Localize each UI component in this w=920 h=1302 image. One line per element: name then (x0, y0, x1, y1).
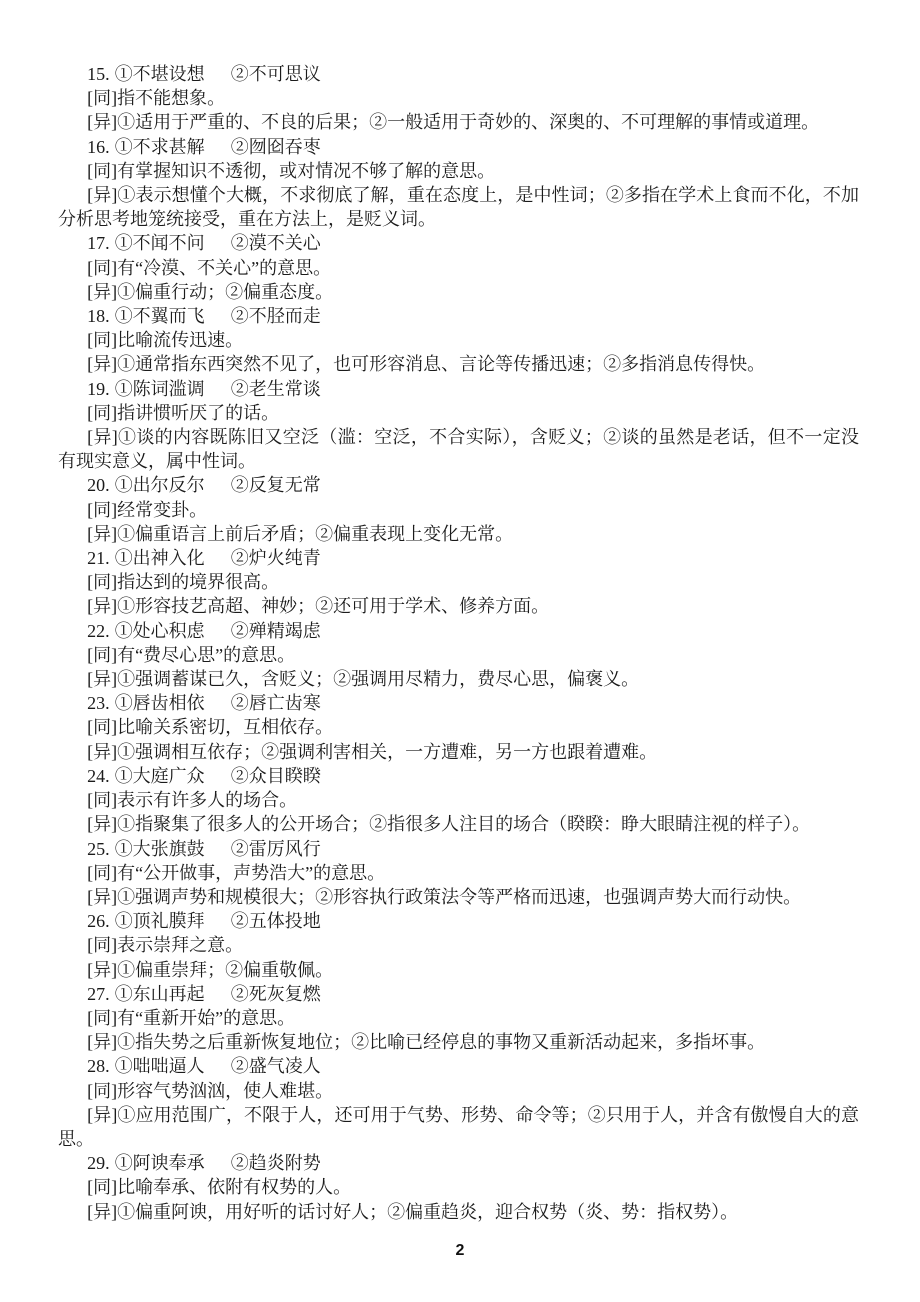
entry-same-line: [同]表示有许多人的场合。 (58, 788, 859, 812)
entry-idiom-2: ②不可思议 (231, 64, 321, 84)
entry-idiom-1: ①不翼而飞 (115, 306, 205, 326)
entry-idioms-line: 29.①阿谀奉承②趋炎附势 (58, 1151, 859, 1175)
entry-number: 29. (87, 1153, 110, 1173)
entry-diff-line: [异]①表示想懂个大概，不求彻底了解，重在态度上，是中性词；②多指在学术上食而不… (58, 183, 859, 231)
diff-label: [异] (87, 669, 117, 689)
entry-same-text: 指达到的境界很高。 (117, 572, 279, 592)
entry-idiom-1: ①大庭广众 (115, 766, 205, 786)
same-label: [同] (87, 935, 117, 955)
entry-diff-line: [异]①适用于严重的、不良的后果；②一般适用于奇妙的、深奥的、不可理解的事情或道… (58, 110, 859, 134)
diff-label: [异] (87, 112, 117, 132)
entry-same-text: 比喻奉承、依附有权势的人。 (117, 1177, 351, 1197)
same-label: [同] (87, 1008, 117, 1028)
entry-diff-text: ①表示想懂个大概，不求彻底了解，重在态度上，是中性词；②多指在学术上食而不化，不… (58, 185, 859, 229)
entry-same-text: 有“费尽心思”的意思。 (117, 645, 295, 665)
entry-diff-text: ①谈的内容既陈旧又空泛（滥：空泛，不合实际），含贬义；②谈的虽然是老话，但不一定… (58, 427, 859, 471)
entry-same-line: [同]比喻奉承、依附有权势的人。 (58, 1175, 859, 1199)
entry-idiom-1: ①阿谀奉承 (115, 1153, 205, 1173)
entry: 26.①顶礼膜拜②五体投地 [同]表示崇拜之意。 [异]①偏重崇拜；②偏重敬佩。 (58, 909, 859, 982)
entry-diff-line: [异]①通常指东西突然不见了，也可形容消息、言论等传播迅速；②多指消息传得快。 (58, 352, 859, 376)
entry-idiom-1: ①不闻不问 (115, 233, 205, 253)
same-label: [同] (87, 572, 117, 592)
entry: 25.①大张旗鼓②雷厉风行 [同]有“公开做事，声势浩大”的意思。 [异]①强调… (58, 837, 859, 910)
entry-same-line: [同]有“公开做事，声势浩大”的意思。 (58, 861, 859, 885)
entry-diff-text: ①偏重阿谀，用好听的话讨好人；②偏重趋炎，迎合权势（炎、势：指权势）。 (117, 1202, 738, 1222)
entry: 24.①大庭广众②众目睽睽 [同]表示有许多人的场合。 [异]①指聚集了很多人的… (58, 764, 859, 837)
entry-idiom-2: ②漠不关心 (231, 233, 321, 253)
entry-number: 19. (87, 379, 110, 399)
entry-same-line: [同]有“费尽心思”的意思。 (58, 643, 859, 667)
entry-idiom-1: ①出神入化 (115, 548, 205, 568)
entry-same-line: [同]有“冷漠、不关心”的意思。 (58, 256, 859, 280)
entry-number: 20. (87, 475, 110, 495)
entry-idiom-1: ①出尔反尔 (115, 475, 205, 495)
entry-idioms-line: 26.①顶礼膜拜②五体投地 (58, 909, 859, 933)
entry-idiom-1: ①不求甚解 (115, 137, 205, 157)
entry-diff-line: [异]①偏重行动；②偏重态度。 (58, 280, 859, 304)
entry-number: 24. (87, 766, 110, 786)
diff-label: [异] (87, 354, 117, 374)
entry-diff-line: [异]①强调声势和规模很大；②形容执行政策法令等严格而迅速，也强调声势大而行动快… (58, 885, 859, 909)
entry-number: 22. (87, 621, 110, 641)
entry-number: 16. (87, 137, 110, 157)
entry-same-line: [同]比喻流传迅速。 (58, 328, 859, 352)
entry-idioms-line: 19.①陈词滥调②老生常谈 (58, 377, 859, 401)
entry-number: 15. (87, 64, 110, 84)
entry-same-text: 比喻流传迅速。 (117, 330, 243, 350)
same-label: [同] (87, 500, 117, 520)
entry-idioms-line: 16.①不求甚解②囫囵吞枣 (58, 135, 859, 159)
diff-label: [异] (87, 427, 118, 447)
entry-diff-line: [异]①强调相互依存；②强调利害相关，一方遭难，另一方也跟着遭难。 (58, 740, 859, 764)
entry-idiom-2: ②五体投地 (231, 911, 321, 931)
entry-number: 28. (87, 1056, 110, 1076)
entry-idioms-line: 17.①不闻不问②漠不关心 (58, 231, 859, 255)
entry-same-text: 指不能想象。 (117, 88, 225, 108)
entry-diff-line: [异]①指聚集了很多人的公开场合；②指很多人注目的场合（睽睽：睁大眼睛注视的样子… (58, 812, 859, 836)
entry-idioms-line: 18.①不翼而飞②不胫而走 (58, 304, 859, 328)
entry-idiom-1: ①不堪设想 (115, 64, 205, 84)
entry-idiom-2: ②众目睽睽 (231, 766, 321, 786)
entry: 27.①东山再起②死灰复燃 [同]有“重新开始”的意思。 [异]①指失势之后重新… (58, 982, 859, 1055)
same-label: [同] (87, 1081, 117, 1101)
entry-diff-text: ①强调相互依存；②强调利害相关，一方遭难，另一方也跟着遭难。 (117, 742, 657, 762)
entry-idioms-line: 27.①东山再起②死灰复燃 (58, 982, 859, 1006)
entry: 29.①阿谀奉承②趋炎附势 [同]比喻奉承、依附有权势的人。 [异]①偏重阿谀，… (58, 1151, 859, 1224)
entry-diff-line: [异]①偏重语言上前后矛盾；②偏重表现上变化无常。 (58, 522, 859, 546)
entry-idiom-2: ②唇亡齿寒 (231, 693, 321, 713)
entry-idiom-2: ②炉火纯青 (231, 548, 321, 568)
diff-label: [异] (87, 887, 117, 907)
entry-number: 27. (87, 984, 110, 1004)
entry-same-text: 形容气势汹汹，使人难堪。 (117, 1081, 333, 1101)
entry: 20.①出尔反尔②反复无常 [同]经常变卦。 [异]①偏重语言上前后矛盾；②偏重… (58, 473, 859, 546)
entry-diff-line: [异]①偏重崇拜；②偏重敬佩。 (58, 958, 859, 982)
entry-number: 18. (87, 306, 110, 326)
entry-same-text: 有掌握知识不透彻，或对情况不够了解的意思。 (117, 161, 495, 181)
same-label: [同] (87, 863, 117, 883)
entry-diff-text: ①偏重语言上前后矛盾；②偏重表现上变化无常。 (117, 524, 513, 544)
entry: 23.①唇齿相依②唇亡齿寒 [同]比喻关系密切，互相依存。 [异]①强调相互依存… (58, 691, 859, 764)
entry-diff-text: ①形容技艺高超、神妙；②还可用于学术、修养方面。 (117, 596, 549, 616)
entry-idiom-2: ②趋炎附势 (231, 1153, 321, 1173)
same-label: [同] (87, 403, 117, 423)
entry-diff-text: ①指聚集了很多人的公开场合；②指很多人注目的场合（睽睽：睁大眼睛注视的样子）。 (117, 814, 810, 834)
entry-idiom-1: ①唇齿相依 (115, 693, 205, 713)
same-label: [同] (87, 330, 117, 350)
entry-same-line: [同]指讲惯听厌了的话。 (58, 401, 859, 425)
entries: 15.①不堪设想②不可思议 [同]指不能想象。 [异]①适用于严重的、不良的后果… (58, 62, 859, 1224)
entry-idiom-2: ②老生常谈 (231, 379, 321, 399)
entry-diff-line: [异]①谈的内容既陈旧又空泛（滥：空泛，不合实际），含贬义；②谈的虽然是老话，但… (58, 425, 859, 473)
entry-same-text: 有“冷漠、不关心”的意思。 (117, 258, 331, 278)
entry-same-line: [同]比喻关系密切，互相依存。 (58, 715, 859, 739)
entry-number: 26. (87, 911, 110, 931)
entry-same-line: [同]形容气势汹汹，使人难堪。 (58, 1079, 859, 1103)
entry-idiom-1: ①顶礼膜拜 (115, 911, 205, 931)
entry-number: 21. (87, 548, 110, 568)
entry-same-text: 有“公开做事，声势浩大”的意思。 (117, 863, 385, 883)
entry-idiom-2: ②盛气凌人 (231, 1056, 321, 1076)
diff-label: [异] (87, 960, 117, 980)
entry-idiom-1: ①大张旗鼓 (115, 839, 205, 859)
entry-same-text: 表示崇拜之意。 (117, 935, 243, 955)
entry-number: 25. (87, 839, 110, 859)
entry-idioms-line: 24.①大庭广众②众目睽睽 (58, 764, 859, 788)
diff-label: [异] (87, 1032, 117, 1052)
entry-same-text: 有“重新开始”的意思。 (117, 1008, 295, 1028)
entry: 15.①不堪设想②不可思议 [同]指不能想象。 [异]①适用于严重的、不良的后果… (58, 62, 859, 135)
entry-diff-text: ①适用于严重的、不良的后果；②一般适用于奇妙的、深奥的、不可理解的事情或道理。 (117, 112, 819, 132)
entry: 18.①不翼而飞②不胫而走 [同]比喻流传迅速。 [异]①通常指东西突然不见了，… (58, 304, 859, 377)
entry-diff-text: ①通常指东西突然不见了，也可形容消息、言论等传播迅速；②多指消息传得快。 (117, 354, 765, 374)
entry-same-line: [同]有掌握知识不透彻，或对情况不够了解的意思。 (58, 159, 859, 183)
entry-idioms-line: 15.①不堪设想②不可思议 (58, 62, 859, 86)
entry-diff-line: [异]①应用范围广，不限于人，还可用于气势、形势、命令等；②只用于人，并含有傲慢… (58, 1103, 859, 1151)
entry-idioms-line: 25.①大张旗鼓②雷厉风行 (58, 837, 859, 861)
same-label: [同] (87, 645, 117, 665)
same-label: [同] (87, 88, 117, 108)
entry-same-line: [同]表示崇拜之意。 (58, 933, 859, 957)
entry-idioms-line: 23.①唇齿相依②唇亡齿寒 (58, 691, 859, 715)
document-page: 15.①不堪设想②不可思议 [同]指不能想象。 [异]①适用于严重的、不良的后果… (58, 62, 859, 1224)
entry: 19.①陈词滥调②老生常谈 [同]指讲惯听厌了的话。 [异]①谈的内容既陈旧又空… (58, 377, 859, 474)
same-label: [同] (87, 161, 117, 181)
entry-number: 23. (87, 693, 110, 713)
entry-idioms-line: 20.①出尔反尔②反复无常 (58, 473, 859, 497)
page-footer: 2 (0, 1242, 920, 1260)
entry-diff-text: ①应用范围广，不限于人，还可用于气势、形势、命令等；②只用于人，并含有傲慢自大的… (58, 1105, 859, 1149)
same-label: [同] (87, 717, 117, 737)
diff-label: [异] (87, 742, 117, 762)
entry: 16.①不求甚解②囫囵吞枣 [同]有掌握知识不透彻，或对情况不够了解的意思。 [… (58, 135, 859, 232)
diff-label: [异] (87, 282, 117, 302)
entry-idiom-2: ②殚精竭虑 (231, 621, 321, 641)
entry-same-line: [同]指不能想象。 (58, 86, 859, 110)
diff-label: [异] (87, 596, 117, 616)
entry-same-line: [同]指达到的境界很高。 (58, 570, 859, 594)
entry-idioms-line: 28.①咄咄逼人②盛气凌人 (58, 1054, 859, 1078)
entry-idiom-2: ②反复无常 (231, 475, 321, 495)
entry-same-line: [同]有“重新开始”的意思。 (58, 1006, 859, 1030)
entry-diff-line: [异]①偏重阿谀，用好听的话讨好人；②偏重趋炎，迎合权势（炎、势：指权势）。 (58, 1200, 859, 1224)
entry-diff-line: [异]①强调蓄谋已久，含贬义；②强调用尽精力，费尽心思，偏褒义。 (58, 667, 859, 691)
diff-label: [异] (87, 185, 117, 205)
entry-diff-text: ①强调蓄谋已久，含贬义；②强调用尽精力，费尽心思，偏褒义。 (117, 669, 639, 689)
entry-same-text: 经常变卦。 (117, 500, 207, 520)
entry: 21.①出神入化②炉火纯青 [同]指达到的境界很高。 [异]①形容技艺高超、神妙… (58, 546, 859, 619)
page-number: 2 (456, 1242, 465, 1259)
same-label: [同] (87, 258, 117, 278)
entry-diff-line: [异]①形容技艺高超、神妙；②还可用于学术、修养方面。 (58, 594, 859, 618)
entry-diff-line: [异]①指失势之后重新恢复地位；②比喻已经停息的事物又重新活动起来，多指坏事。 (58, 1030, 859, 1054)
entry: 17.①不闻不问②漠不关心 [同]有“冷漠、不关心”的意思。 [异]①偏重行动；… (58, 231, 859, 304)
entry: 22.①处心积虑②殚精竭虑 [同]有“费尽心思”的意思。 [异]①强调蓄谋已久，… (58, 619, 859, 692)
entry-same-text: 指讲惯听厌了的话。 (117, 403, 279, 423)
entry-idioms-line: 21.①出神入化②炉火纯青 (58, 546, 859, 570)
entry-same-text: 比喻关系密切，互相依存。 (117, 717, 333, 737)
entry-same-text: 表示有许多人的场合。 (117, 790, 297, 810)
entry-idiom-1: ①陈词滥调 (115, 379, 205, 399)
entry-idiom-1: ①咄咄逼人 (115, 1056, 205, 1076)
entry-diff-text: ①偏重崇拜；②偏重敬佩。 (117, 960, 333, 980)
same-label: [同] (87, 790, 117, 810)
entry-idiom-2: ②不胫而走 (231, 306, 321, 326)
entry-idiom-2: ②雷厉风行 (231, 839, 321, 859)
diff-label: [异] (87, 1202, 117, 1222)
entry: 28.①咄咄逼人②盛气凌人 [同]形容气势汹汹，使人难堪。 [异]①应用范围广，… (58, 1054, 859, 1151)
entry-diff-text: ①偏重行动；②偏重态度。 (117, 282, 333, 302)
diff-label: [异] (87, 814, 117, 834)
same-label: [同] (87, 1177, 117, 1197)
entry-idiom-1: ①东山再起 (115, 984, 205, 1004)
entry-idioms-line: 22.①处心积虑②殚精竭虑 (58, 619, 859, 643)
entry-idiom-2: ②死灰复燃 (231, 984, 321, 1004)
diff-label: [异] (87, 1105, 117, 1125)
entry-idiom-2: ②囫囵吞枣 (231, 137, 321, 157)
diff-label: [异] (87, 524, 117, 544)
entry-idiom-1: ①处心积虑 (115, 621, 205, 641)
entry-diff-text: ①强调声势和规模很大；②形容执行政策法令等严格而迅速，也强调声势大而行动快。 (117, 887, 801, 907)
entry-number: 17. (87, 233, 110, 253)
entry-diff-text: ①指失势之后重新恢复地位；②比喻已经停息的事物又重新活动起来，多指坏事。 (117, 1032, 765, 1052)
entry-same-line: [同]经常变卦。 (58, 498, 859, 522)
